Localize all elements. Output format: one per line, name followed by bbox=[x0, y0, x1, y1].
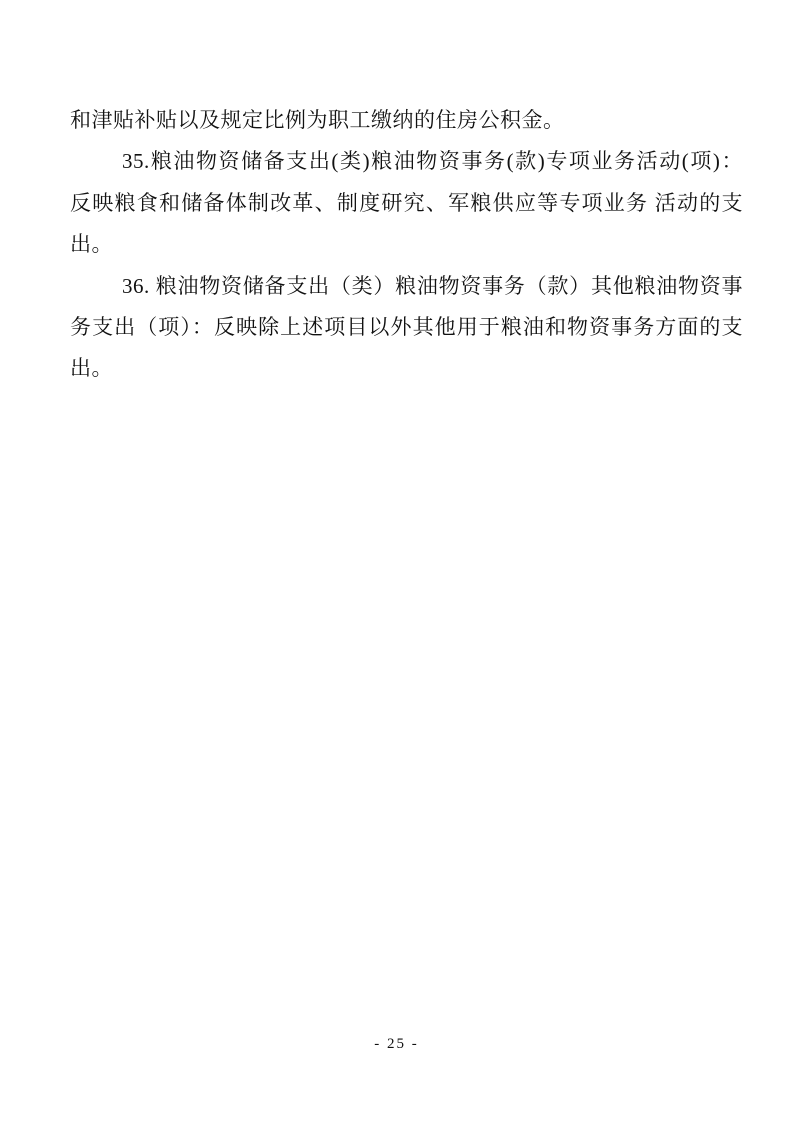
text-line: 务支出（项）：反映除上述项目以外其他用于粮油和物资事务方面的支 bbox=[70, 307, 743, 348]
paragraph-item-35: 35.粮油物资储备支出(类)粮油物资事务(款)专项业务活动(项)： 反映粮食和储… bbox=[70, 141, 743, 265]
page-body-text: 和津贴补贴以及规定比例为职工缴纳的住房公积金。 35.粮油物资储备支出(类)粮油… bbox=[70, 100, 743, 390]
text-line: 出。 bbox=[70, 224, 743, 265]
text-line: 出。 bbox=[70, 348, 743, 389]
document-page: 和津贴补贴以及规定比例为职工缴纳的住房公积金。 35.粮油物资储备支出(类)粮油… bbox=[0, 0, 793, 1122]
text-line: 35.粮油物资储备支出(类)粮油物资事务(款)专项业务活动(项)： bbox=[70, 141, 743, 182]
text-line: 和津贴补贴以及规定比例为职工缴纳的住房公积金。 bbox=[70, 100, 743, 141]
page-number: - 25 - bbox=[0, 1036, 793, 1053]
text-line: 36. 粮油物资储备支出（类）粮油物资事务（款）其他粮油物资事 bbox=[70, 266, 743, 307]
paragraph-item-36: 36. 粮油物资储备支出（类）粮油物资事务（款）其他粮油物资事 务支出（项）：反… bbox=[70, 266, 743, 390]
text-line: 反映粮食和储备体制改革、制度研究、军粮供应等专项业务 活动的支 bbox=[70, 183, 743, 224]
paragraph-continuation: 和津贴补贴以及规定比例为职工缴纳的住房公积金。 bbox=[70, 100, 743, 141]
